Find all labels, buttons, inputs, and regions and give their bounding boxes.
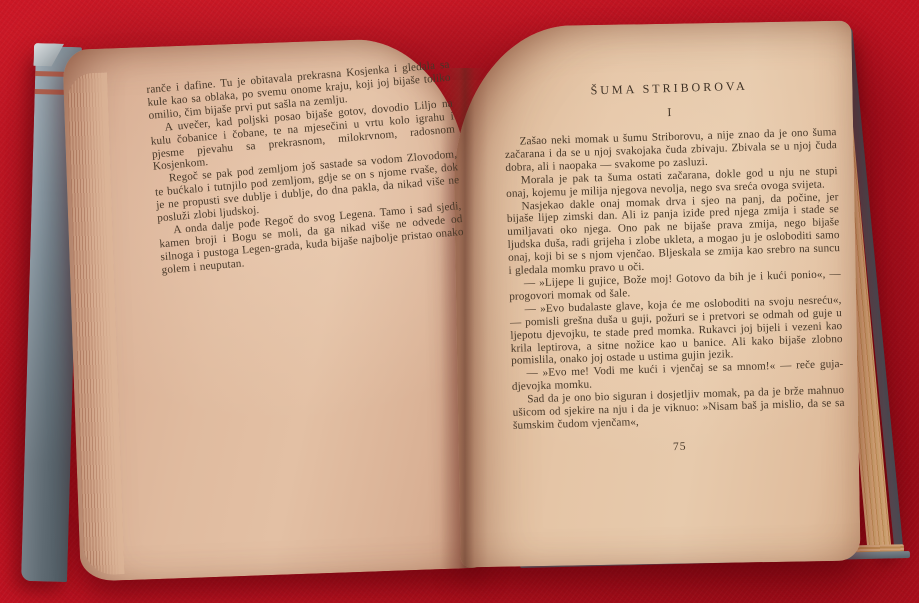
cover-corner-protector [33, 43, 64, 67]
left-page-text: ranče i dafine. Tu je obitavala prekrasn… [146, 59, 465, 277]
right-page-text: ŠUMA STRIBOROVA I Zašao neki momak u šum… [503, 76, 846, 458]
paragraph: Nasjekao dakle onaj momak drva i sjeo na… [506, 191, 840, 278]
paragraph: — »Evo budalaste glave, koja će me oslob… [509, 294, 843, 368]
chapter-number: I [504, 100, 836, 125]
photo-scene: ranče i dafine. Tu je obitavala prekrasn… [0, 0, 919, 603]
